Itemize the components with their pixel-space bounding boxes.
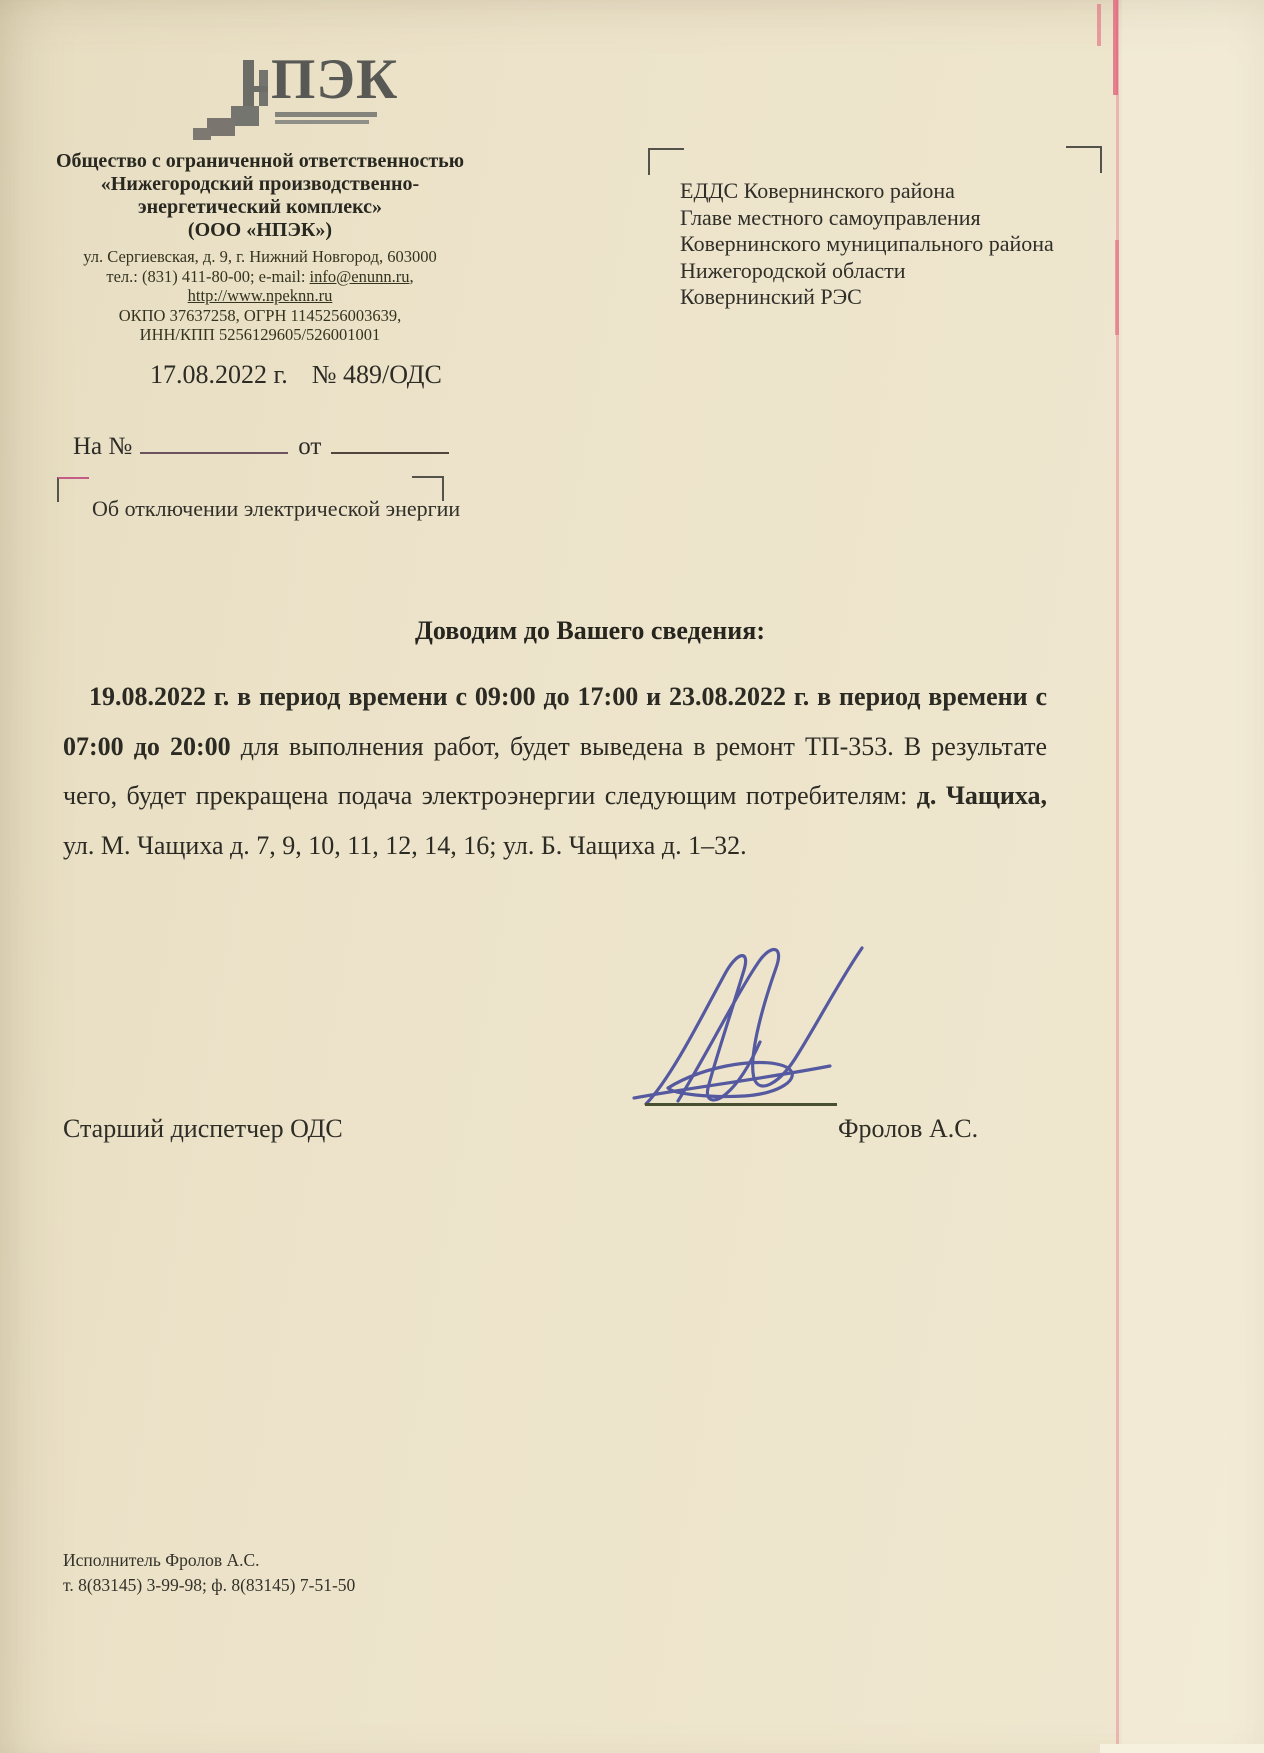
scan-pink-mark [1115, 240, 1119, 335]
body-segment: ул. М. Чащиха д. 7, 9, 10, 11, 12, 14, 1… [63, 831, 747, 860]
scan-pink-mark [1097, 4, 1101, 46]
sender-company-line: (ООО «НПЭК») [30, 219, 490, 242]
reply-prefix: На № [73, 433, 132, 460]
reply-from-label: от [298, 433, 321, 460]
corner-mark-bottom-left [57, 477, 89, 502]
date-number-line: 17.08.2022 г.№ 489/ОДС [150, 360, 442, 390]
signer-name: Фролов А.С. [838, 1114, 978, 1144]
recipient-line: Ковернинский РЭС [680, 284, 1054, 311]
logo-building-block [193, 128, 211, 140]
subject-line: Об отключении электрической энергии [92, 496, 460, 522]
letter-date: 17.08.2022 г. [150, 360, 288, 389]
sender-phone: тел.: (831) 411-80-00; e-mail: [106, 267, 309, 286]
recipient-line: ЕДДС Ковернинского района [680, 178, 1054, 205]
logo-building-block [243, 86, 268, 92]
recipient-line: Нижегородской области [680, 258, 1054, 285]
scan-edge-shade [1122, 0, 1264, 1753]
handwritten-signature [618, 936, 880, 1112]
sender-address: ул. Сергиевская, д. 9, г. Нижний Новгоро… [30, 247, 490, 267]
corner-mark-top-right [1066, 146, 1102, 173]
logo-building-block [231, 106, 259, 126]
reply-date-blank [331, 431, 449, 454]
logo-letters: ПЭК [271, 50, 398, 110]
executor-block: Исполнитель Фролов А.С. т. 8(83145) 3-99… [63, 1548, 355, 1598]
sender-email-comma: , [410, 267, 414, 286]
signer-title: Старший диспетчер ОДС [63, 1114, 343, 1144]
sender-website: http://www.npeknn.ru [30, 286, 490, 306]
recipient-block: ЕДДС Ковернинского района Главе местного… [680, 178, 1054, 311]
letter-number: № 489/ОДС [312, 360, 442, 389]
recipient-line: Ковернинского муниципального района [680, 231, 1054, 258]
sender-company-line: «Нижегородский производственно- [30, 173, 490, 196]
signature-line [645, 1103, 837, 1106]
scan-edge-light [1100, 1744, 1264, 1753]
npek-logo-icon: ПЭК [193, 60, 383, 148]
sender-inn-kpp: ИНН/КПП 5256129605/526001001 [30, 325, 490, 345]
sender-okpo-ogrn: ОКПО 37637258, ОГРН 1145256003639, [30, 306, 490, 326]
logo-building-block [207, 118, 235, 136]
recipient-line: Главе местного самоуправления [680, 205, 1054, 232]
sender-block: Общество с ограниченной ответственностью… [30, 150, 490, 345]
corner-mark-top-left [648, 148, 684, 175]
logo-building-block [243, 60, 254, 106]
executor-name: Исполнитель Фролов А.С. [63, 1548, 355, 1573]
scanned-letter-page: ПЭК Общество с ограниченной ответственно… [0, 0, 1264, 1753]
executor-phones: т. 8(83145) 3-99-98; ф. 8(83145) 7-51-50 [63, 1573, 355, 1598]
sender-email: info@enunn.ru [310, 267, 410, 286]
scan-pink-mark [1113, 0, 1118, 95]
body-paragraph: 19.08.2022 г. в период времени с 09:00 д… [63, 672, 1047, 870]
reply-reference-line: На №от [73, 431, 449, 461]
logo-tagline-strip [275, 112, 377, 117]
sender-phone-email: тел.: (831) 411-80-00; e-mail: info@enun… [30, 267, 490, 287]
sender-company-line: энергетический комплекс» [30, 196, 490, 219]
body-segment: д. Чащиха, [917, 781, 1047, 810]
sender-company-line: Общество с ограниченной ответственностью [30, 150, 490, 173]
body-heading: Доводим до Вашего сведения: [0, 616, 1180, 646]
reply-number-blank [140, 431, 288, 454]
logo-tagline-strip [275, 120, 369, 124]
